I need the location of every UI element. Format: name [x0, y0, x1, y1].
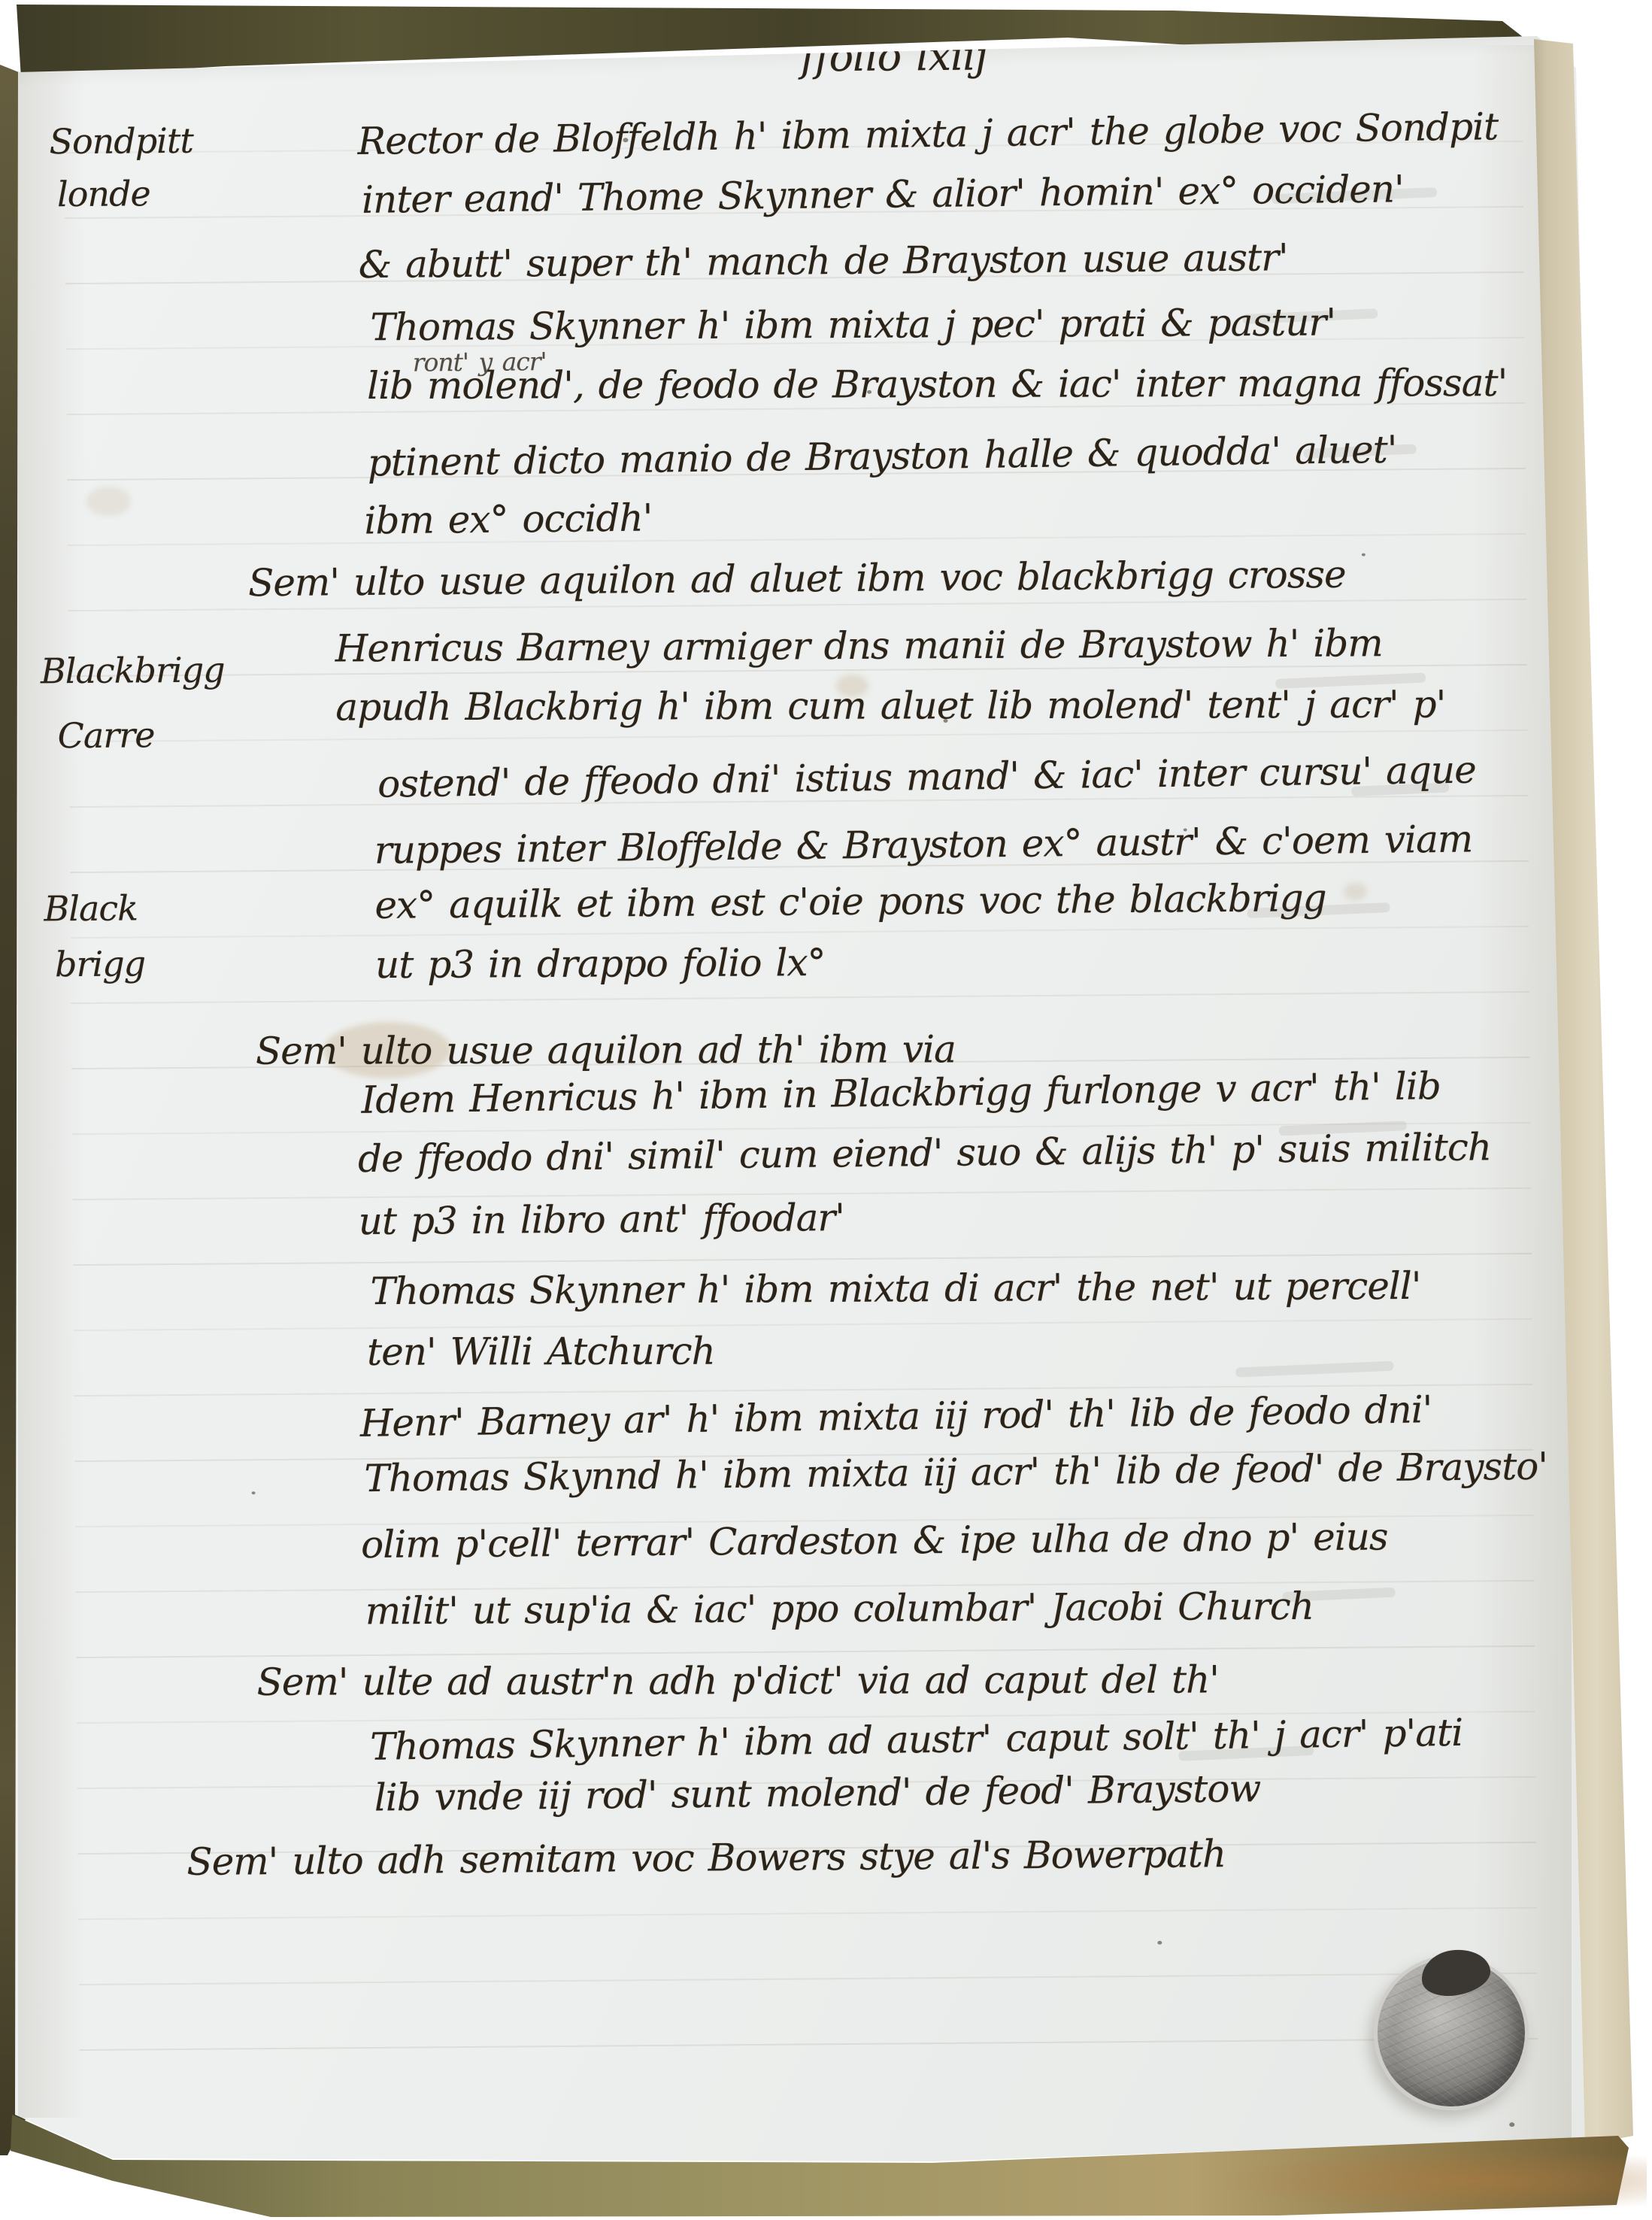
margin-note: Sondpitt: [49, 123, 193, 159]
manuscript-line: olim p'cell' terrar' Cardeston & ipe ulh…: [361, 1518, 1388, 1563]
margin-note: Blackbrigg: [41, 652, 225, 688]
margin-notes: SondpittlondeBlackbriggCarreBlackbrigg: [0, 0, 1644, 6]
ruled-line: [71, 991, 1529, 1004]
ink-speck: [1509, 2122, 1514, 2127]
ruled-line: [68, 533, 1526, 546]
manuscript-line: ten' Willi Atchurch: [367, 1333, 715, 1371]
manuscript-line: Sem' ulto adh semitam voc Bowers stye al…: [186, 1835, 1226, 1881]
manuscript-line: Henr' Barney ar' h' ibm mixta iij rod' t…: [360, 1391, 1432, 1442]
manuscript-line: ptinent dicto manio de Brayston halle & …: [368, 431, 1397, 482]
ink-speck: [252, 1491, 256, 1494]
manuscript-page: + ffolio lxiij SondpittlondeBlackbriggCa…: [0, 0, 1652, 2220]
margin-note: londe: [57, 176, 150, 211]
margin-note: brigg: [55, 946, 145, 981]
ruled-line: [79, 2038, 1538, 2051]
ruled-line: [74, 1318, 1532, 1331]
manuscript-line: lib molend', de feodo de Brayston & iac'…: [367, 364, 1507, 405]
manuscript-line: Thomas Skynner h' ibm mixta j pec' prati…: [370, 304, 1335, 347]
manuscript-line: Sem' ulto usue aquilon ad aluet ibm voc …: [248, 556, 1346, 602]
manuscript-line: Sem' ulte ad austr'n adh p'dict' via ad …: [256, 1660, 1219, 1700]
manuscript-line: ex° aquilk et ibm est c'oie pons voc the…: [374, 879, 1326, 924]
paper-stain: [86, 486, 131, 516]
manuscript-line: Thomas Skynnd h' ibm mixta iij acr' th' …: [364, 1448, 1547, 1497]
manuscript-line: de ffeodo dni' simil' cum eiend' suo & a…: [358, 1128, 1491, 1178]
ruled-line: [79, 1973, 1538, 1985]
manuscript-line: Idem Henricus h' ibm in Blackbrigg furlo…: [361, 1067, 1441, 1119]
manuscript-line: Rector de Bloffeldh h' ibm mixta j acr' …: [357, 108, 1498, 160]
manuscript-line: ut p3 in libro ant' ffoodar': [359, 1199, 845, 1240]
manuscript-photo: + ffolio lxiij SondpittlondeBlackbriggCa…: [0, 0, 1652, 2220]
ruled-line: [76, 1645, 1535, 1658]
text-layer: + ffolio lxiij SondpittlondeBlackbriggCa…: [0, 0, 1652, 2220]
paper-stains: [0, 0, 1644, 6]
manuscript-line: apudh Blackbrig h' ibm cum aluet lib mol…: [335, 686, 1445, 726]
manuscript-line: Sem' ulto usue aquilon ad th' ibm via: [256, 1030, 956, 1069]
manuscript-line: ut p3 in drappo folio lx°: [375, 944, 826, 984]
manuscript-line: inter eand' Thome Skynner & alior' homin…: [362, 170, 1404, 219]
margin-note: Black: [44, 890, 138, 926]
manuscript-line: ruppes inter Bloffelde & Brayston ex° au…: [374, 820, 1473, 869]
ruled-line: [71, 926, 1529, 939]
bottom-edge-fold: [1226, 2151, 1647, 2211]
manuscript-line: ostend' de ffeodo dni' istius mand' & ia…: [377, 751, 1476, 803]
ruled-line: [69, 729, 1528, 742]
manuscript-line: & abutt' super th' manch de Brayston usu…: [359, 238, 1288, 284]
ink-speck: [1362, 553, 1366, 557]
ink-bleed-through-marks: [0, 0, 1644, 6]
manuscript-line: Thomas Skynner h' ibm mixta di acr' the …: [370, 1267, 1420, 1310]
manuscript-line: milit' ut sup'ia & iac' ppo columbar' Ja…: [365, 1588, 1314, 1630]
ruled-guide-lines: [0, 0, 1644, 6]
metal-paperweight-disc: [1374, 1955, 1529, 2110]
manuscript-line: ibm ex° occidh': [364, 499, 653, 540]
paper-stain: [1343, 883, 1367, 901]
ruled-line: [78, 1907, 1537, 1920]
ink-speck: [1157, 1941, 1162, 1945]
manuscript-line: Thomas Skynner h' ibm ad austr' caput so…: [370, 1714, 1463, 1766]
manuscript-line: lib vnde iij rod' sunt molend' de feod' …: [374, 1770, 1261, 1816]
text-lines: Rector de Bloffeldh h' ibm mixta j acr' …: [0, 0, 1644, 6]
manuscript-line: Henricus Barney armiger dns manii de Bra…: [335, 624, 1383, 667]
bleed-through-mark: [1235, 1361, 1393, 1378]
margin-note: Carre: [57, 717, 154, 753]
ruled-line: [73, 1253, 1532, 1266]
